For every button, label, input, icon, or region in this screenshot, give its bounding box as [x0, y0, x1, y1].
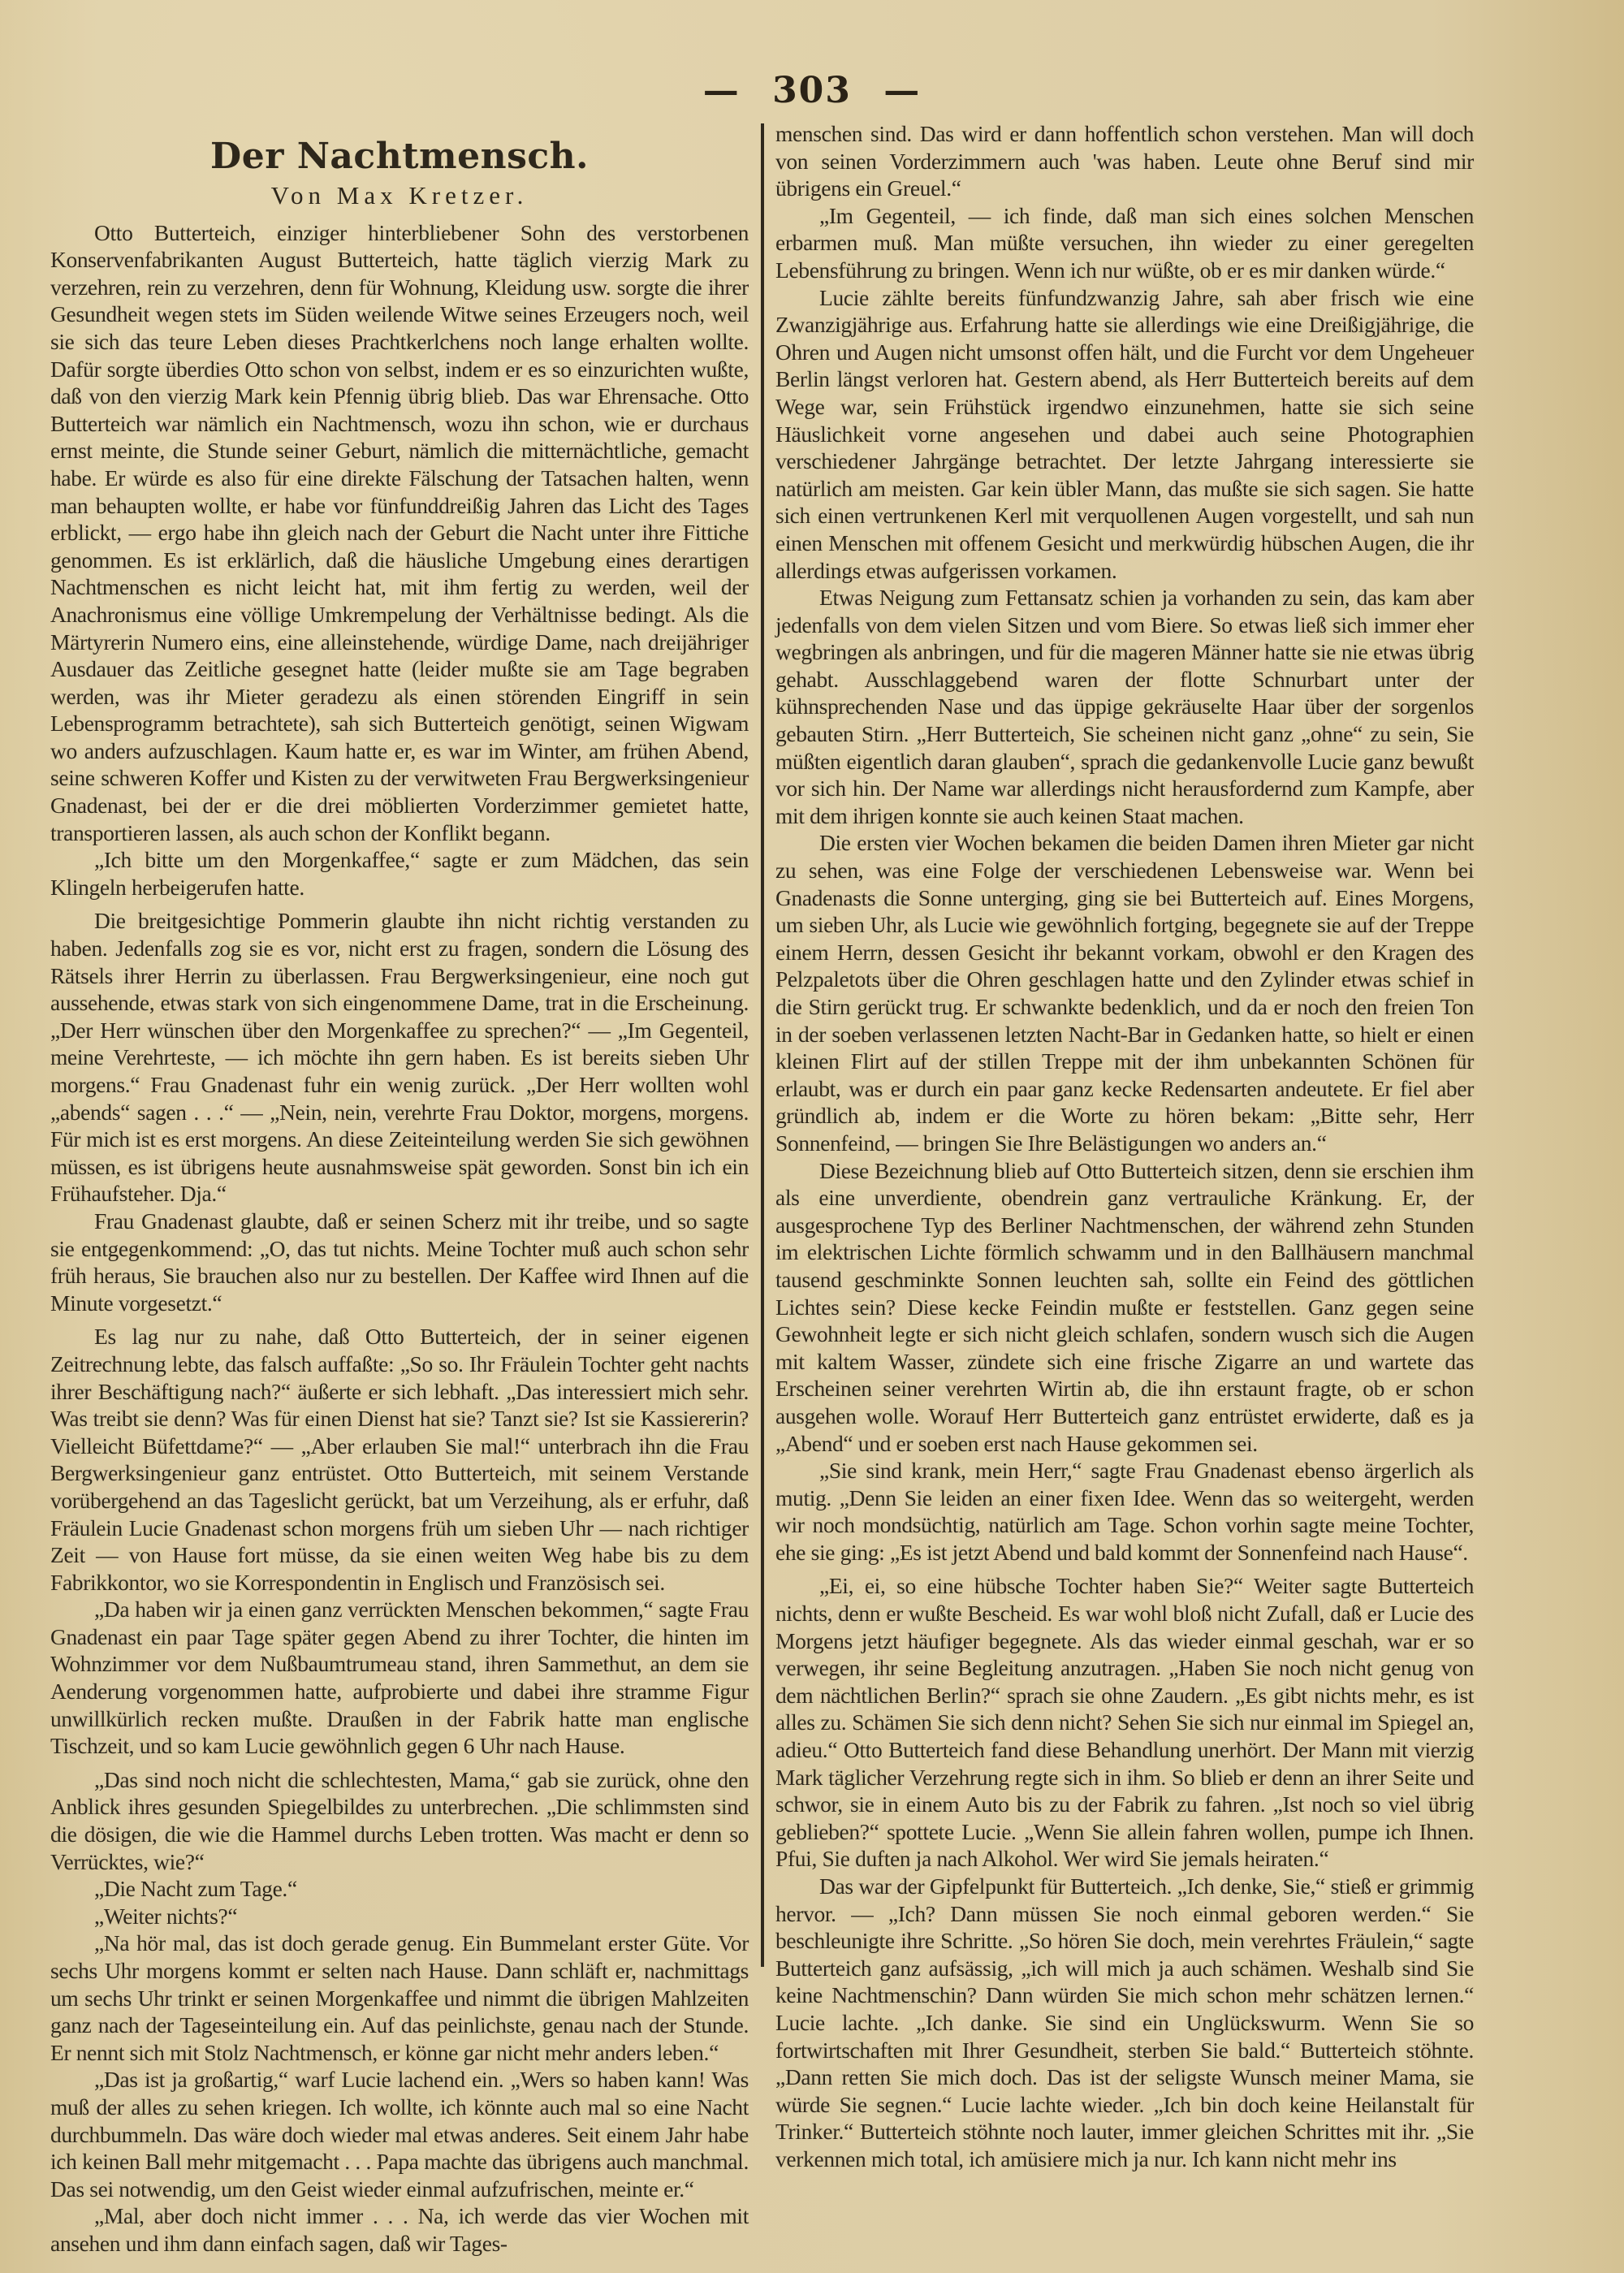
paragraph: „Das sind noch nicht die schlechtesten, … — [50, 1766, 749, 1875]
paragraph: „Ich bitte um den Morgenkaffee,“ sagte e… — [50, 846, 749, 901]
paragraph: „Das ist ja großartig,“ warf Lucie lache… — [50, 2066, 749, 2202]
paragraph: „Mal, aber doch nicht immer . . . Na, ic… — [50, 2202, 749, 2257]
paragraph: „Na hör mal, das ist doch gerade genug. … — [50, 1929, 749, 2066]
paragraph: menschen sind. Das wird er dann hoffentl… — [775, 120, 1474, 202]
article-title: Der Nachtmensch. — [50, 136, 749, 177]
paragraph: „Da haben wir ja einen ganz verrückten M… — [50, 1596, 749, 1760]
paragraph: „Ei, ei, so eine hübsche Tochter haben S… — [775, 1572, 1474, 1873]
paragraph: „Weiter nichts?“ — [50, 1903, 749, 1930]
right-column: menschen sind. Das wird er dann hoffentl… — [775, 120, 1474, 2173]
article-byline: Von Max Kretzer. — [50, 182, 749, 210]
paragraph: Die breitgesichtige Pommerin glaubte ihn… — [50, 907, 749, 1208]
paragraph: Lucie zählte bereits fünfundzwanzig Jahr… — [775, 284, 1474, 585]
page-number: 303 — [772, 70, 852, 111]
left-column: Der Nachtmensch. Von Max Kretzer. Otto B… — [50, 122, 749, 2258]
paragraph: Etwas Neigung zum Fettansatz schien ja v… — [775, 584, 1474, 829]
header-dash-left: — — [703, 70, 741, 111]
column-divider — [761, 123, 764, 1967]
paragraph: Otto Butterteich, einziger hinterblieben… — [50, 219, 749, 847]
header-dash-right: — — [883, 70, 921, 111]
paragraph: Frau Gnadenast glaubte, daß er seinen Sc… — [50, 1208, 749, 1316]
page-number-header: — 303 — — [0, 70, 1624, 111]
paragraph: Es lag nur zu nahe, daß Otto Butterteich… — [50, 1323, 749, 1596]
paragraph: „Sie sind krank, mein Herr,“ sagte Frau … — [775, 1457, 1474, 1566]
paragraph: „Im Gegenteil, — ich finde, daß man sich… — [775, 202, 1474, 284]
paragraph: Diese Bezeichnung blieb auf Otto Buttert… — [775, 1157, 1474, 1458]
paragraph: Die ersten vier Wochen bekamen die beide… — [775, 829, 1474, 1156]
paragraph: Das war der Gipfelpunkt für Butterteich.… — [775, 1873, 1474, 2173]
paragraph: „Die Nacht zum Tage.“ — [50, 1875, 749, 1903]
